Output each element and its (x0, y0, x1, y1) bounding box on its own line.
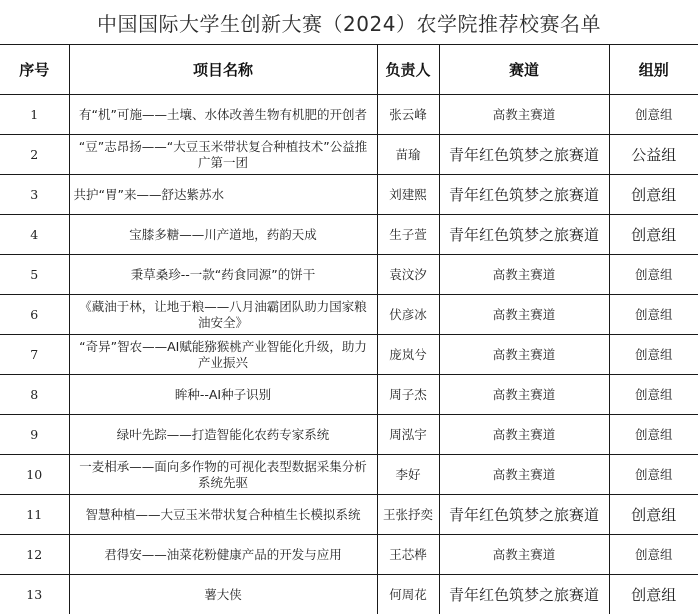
cell-leader: 张云峰 (377, 95, 439, 135)
header-leader: 负责人 (377, 45, 439, 95)
table-row: 13 薯大侠 何周花 青年红色筑梦之旅赛道 创意组 (0, 575, 698, 614)
cell-project: 共护“胃”来——舒达紫苏水 (69, 175, 377, 215)
cell-group: 创意组 (609, 535, 698, 575)
cell-no: 4 (0, 215, 69, 255)
table-row: 7 “奇异”智农——AI赋能猕猴桃产业智能化升级，助力产业振兴 庞岚兮 高教主赛… (0, 335, 698, 375)
cell-no: 1 (0, 95, 69, 135)
cell-leader: 周子杰 (377, 375, 439, 415)
cell-project: “豆”志昂扬——“大豆玉米带状复合种植技术”公益推广第一团 (69, 135, 377, 175)
document-title: 中国国际大学生创新大赛（2024）农学院推荐校赛名单 (97, 8, 601, 37)
cell-track: 高教主赛道 (439, 535, 609, 575)
cell-project: 秉草桑珍--一款“药食同源”的饼干 (69, 255, 377, 295)
cell-group: 创意组 (609, 215, 698, 255)
cell-project: 智慧种植——大豆玉米带状复合种植生长模拟系统 (69, 495, 377, 535)
cell-leader: 王张抒奕 (377, 495, 439, 535)
cell-no: 9 (0, 415, 69, 455)
cell-project: 薯大侠 (69, 575, 377, 614)
cell-leader: 庞岚兮 (377, 335, 439, 375)
cell-group: 创意组 (609, 415, 698, 455)
recommendation-table: 序号 项目名称 负责人 赛道 组别 1 有“机”可施——土壤、水体改善生物有机肥… (0, 44, 698, 614)
cell-no: 12 (0, 535, 69, 575)
cell-track: 高教主赛道 (439, 335, 609, 375)
cell-project: 《藏油于林，让地于粮——八月油霸团队助力国家粮油安全》 (69, 295, 377, 335)
cell-no: 5 (0, 255, 69, 295)
cell-project: 君得安——油菜花粉健康产品的开发与应用 (69, 535, 377, 575)
cell-no: 7 (0, 335, 69, 375)
table-row: 2 “豆”志昂扬——“大豆玉米带状复合种植技术”公益推广第一团 苗瑜 青年红色筑… (0, 135, 698, 175)
cell-leader: 李好 (377, 455, 439, 495)
table-row: 5 秉草桑珍--一款“药食同源”的饼干 袁汶汐 高教主赛道 创意组 (0, 255, 698, 295)
cell-project: 宝膝多糖——川产道地，药韵天成 (69, 215, 377, 255)
cell-track: 高教主赛道 (439, 255, 609, 295)
cell-no: 10 (0, 455, 69, 495)
cell-track: 青年红色筑梦之旅赛道 (439, 175, 609, 215)
header-group: 组别 (609, 45, 698, 95)
cell-track: 青年红色筑梦之旅赛道 (439, 135, 609, 175)
cell-project: 一麦相承——面向多作物的可视化表型数据采集分析系统先驱 (69, 455, 377, 495)
header-project: 项目名称 (69, 45, 377, 95)
cell-project: “奇异”智农——AI赋能猕猴桃产业智能化升级，助力产业振兴 (69, 335, 377, 375)
cell-group: 创意组 (609, 375, 698, 415)
table-row: 3 共护“胃”来——舒达紫苏水 刘建熙 青年红色筑梦之旅赛道 创意组 (0, 175, 698, 215)
cell-group: 创意组 (609, 95, 698, 135)
cell-track: 青年红色筑梦之旅赛道 (439, 575, 609, 614)
table-row: 6 《藏油于林，让地于粮——八月油霸团队助力国家粮油安全》 伏彦冰 高教主赛道 … (0, 295, 698, 335)
cell-leader: 袁汶汐 (377, 255, 439, 295)
cell-leader: 刘建熙 (377, 175, 439, 215)
cell-leader: 周泓宇 (377, 415, 439, 455)
cell-project: 有“机”可施——土壤、水体改善生物有机肥的开创者 (69, 95, 377, 135)
cell-leader: 伏彦冰 (377, 295, 439, 335)
cell-group: 创意组 (609, 455, 698, 495)
cell-track: 青年红色筑梦之旅赛道 (439, 495, 609, 535)
cell-no: 13 (0, 575, 69, 614)
cell-no: 8 (0, 375, 69, 415)
cell-no: 2 (0, 135, 69, 175)
cell-group: 创意组 (609, 335, 698, 375)
header-no: 序号 (0, 45, 69, 95)
cell-group: 创意组 (609, 175, 698, 215)
cell-track: 高教主赛道 (439, 375, 609, 415)
document-title-bar: 中国国际大学生创新大赛（2024）农学院推荐校赛名单 (0, 0, 698, 45)
cell-leader: 生子萱 (377, 215, 439, 255)
cell-group: 创意组 (609, 495, 698, 535)
cell-track: 高教主赛道 (439, 295, 609, 335)
cell-track: 高教主赛道 (439, 415, 609, 455)
cell-group: 公益组 (609, 135, 698, 175)
cell-group: 创意组 (609, 255, 698, 295)
cell-leader: 王芯桦 (377, 535, 439, 575)
table-row: 8 眸种--AI种子识别 周子杰 高教主赛道 创意组 (0, 375, 698, 415)
cell-leader: 苗瑜 (377, 135, 439, 175)
table-row: 11 智慧种植——大豆玉米带状复合种植生长模拟系统 王张抒奕 青年红色筑梦之旅赛… (0, 495, 698, 535)
cell-group: 创意组 (609, 575, 698, 614)
cell-track: 高教主赛道 (439, 95, 609, 135)
table-row: 4 宝膝多糖——川产道地，药韵天成 生子萱 青年红色筑梦之旅赛道 创意组 (0, 215, 698, 255)
table-row: 10 一麦相承——面向多作物的可视化表型数据采集分析系统先驱 李好 高教主赛道 … (0, 455, 698, 495)
table-row: 9 绿叶先踪——打造智能化农药专家系统 周泓宇 高教主赛道 创意组 (0, 415, 698, 455)
cell-track: 高教主赛道 (439, 455, 609, 495)
table-header-row: 序号 项目名称 负责人 赛道 组别 (0, 45, 698, 95)
cell-track: 青年红色筑梦之旅赛道 (439, 215, 609, 255)
cell-leader: 何周花 (377, 575, 439, 614)
table-row: 12 君得安——油菜花粉健康产品的开发与应用 王芯桦 高教主赛道 创意组 (0, 535, 698, 575)
cell-no: 11 (0, 495, 69, 535)
cell-project: 眸种--AI种子识别 (69, 375, 377, 415)
header-track: 赛道 (439, 45, 609, 95)
table-row: 1 有“机”可施——土壤、水体改善生物有机肥的开创者 张云峰 高教主赛道 创意组 (0, 95, 698, 135)
cell-project: 绿叶先踪——打造智能化农药专家系统 (69, 415, 377, 455)
cell-no: 3 (0, 175, 69, 215)
cell-no: 6 (0, 295, 69, 335)
cell-group: 创意组 (609, 295, 698, 335)
